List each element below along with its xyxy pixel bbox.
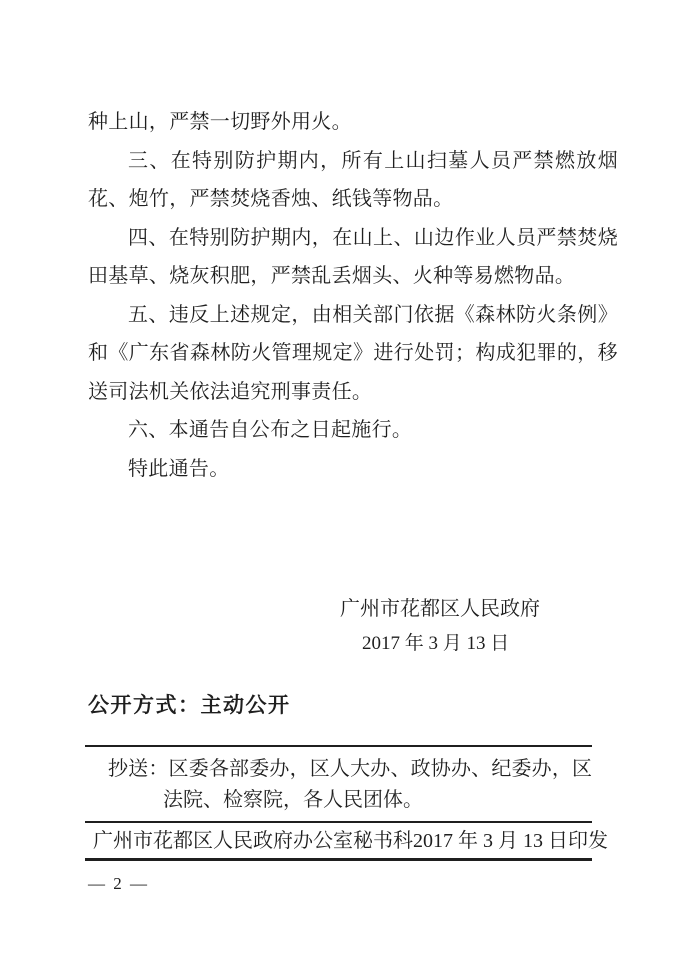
cc-list: 区委各部委办，区人大办、政协办、纪委办，区法院、检察院，各人民团体。 (163, 758, 592, 811)
cc-label: 抄送： (108, 758, 169, 780)
body-continuation-line: 种上山，严禁一切野外用火。 (88, 103, 618, 142)
publicity-method-label: 公开方式：主动公开 (88, 689, 291, 719)
body-paragraph-clause-6: 六、本通告自公布之日起施行。 (88, 411, 618, 450)
document-page: 种上山，严禁一切野外用火。 三、在特别防护期内，所有上山扫墓人员严禁燃放烟花、炮… (0, 0, 680, 962)
signature-date: 2017 年 3 月 13 日 (362, 628, 502, 655)
document-body: 种上山，严禁一切野外用火。 三、在特别防护期内，所有上山扫墓人员严禁燃放烟花、炮… (88, 103, 618, 488)
body-paragraph-clause-3: 三、在特别防护期内，所有上山扫墓人员严禁燃放烟花、炮竹，严禁焚烧香烛、纸钱等物品… (88, 142, 618, 219)
body-closing-line: 特此通告。 (88, 450, 618, 489)
footer-distribution-box: 抄送：区委各部委办，区人大办、政协办、纪委办，区法院、检察院，各人民团体。 广州… (85, 745, 592, 861)
signature-issuer: 广州市花都区人民政府 (340, 592, 532, 621)
body-paragraph-clause-4: 四、在特别防护期内，在山上、山边作业人员严禁焚烧田基草、烧灰积肥，严禁乱丢烟头、… (88, 219, 618, 296)
issue-row: 广州市花都区人民政府办公室秘书科 2017 年 3 月 13 日印发 (85, 823, 592, 858)
cc-row: 抄送：区委各部委办，区人大办、政协办、纪委办，区法院、检察院，各人民团体。 (85, 747, 592, 823)
issue-date: 2017 年 3 月 13 日印发 (413, 828, 608, 854)
issue-office: 广州市花都区人民政府办公室秘书科 (93, 828, 413, 854)
body-paragraph-clause-5: 五、违反上述规定，由相关部门依据《森林防火条例》和《广东省森林防火管理规定》进行… (88, 296, 618, 412)
page-number: — 2 — (88, 874, 149, 894)
